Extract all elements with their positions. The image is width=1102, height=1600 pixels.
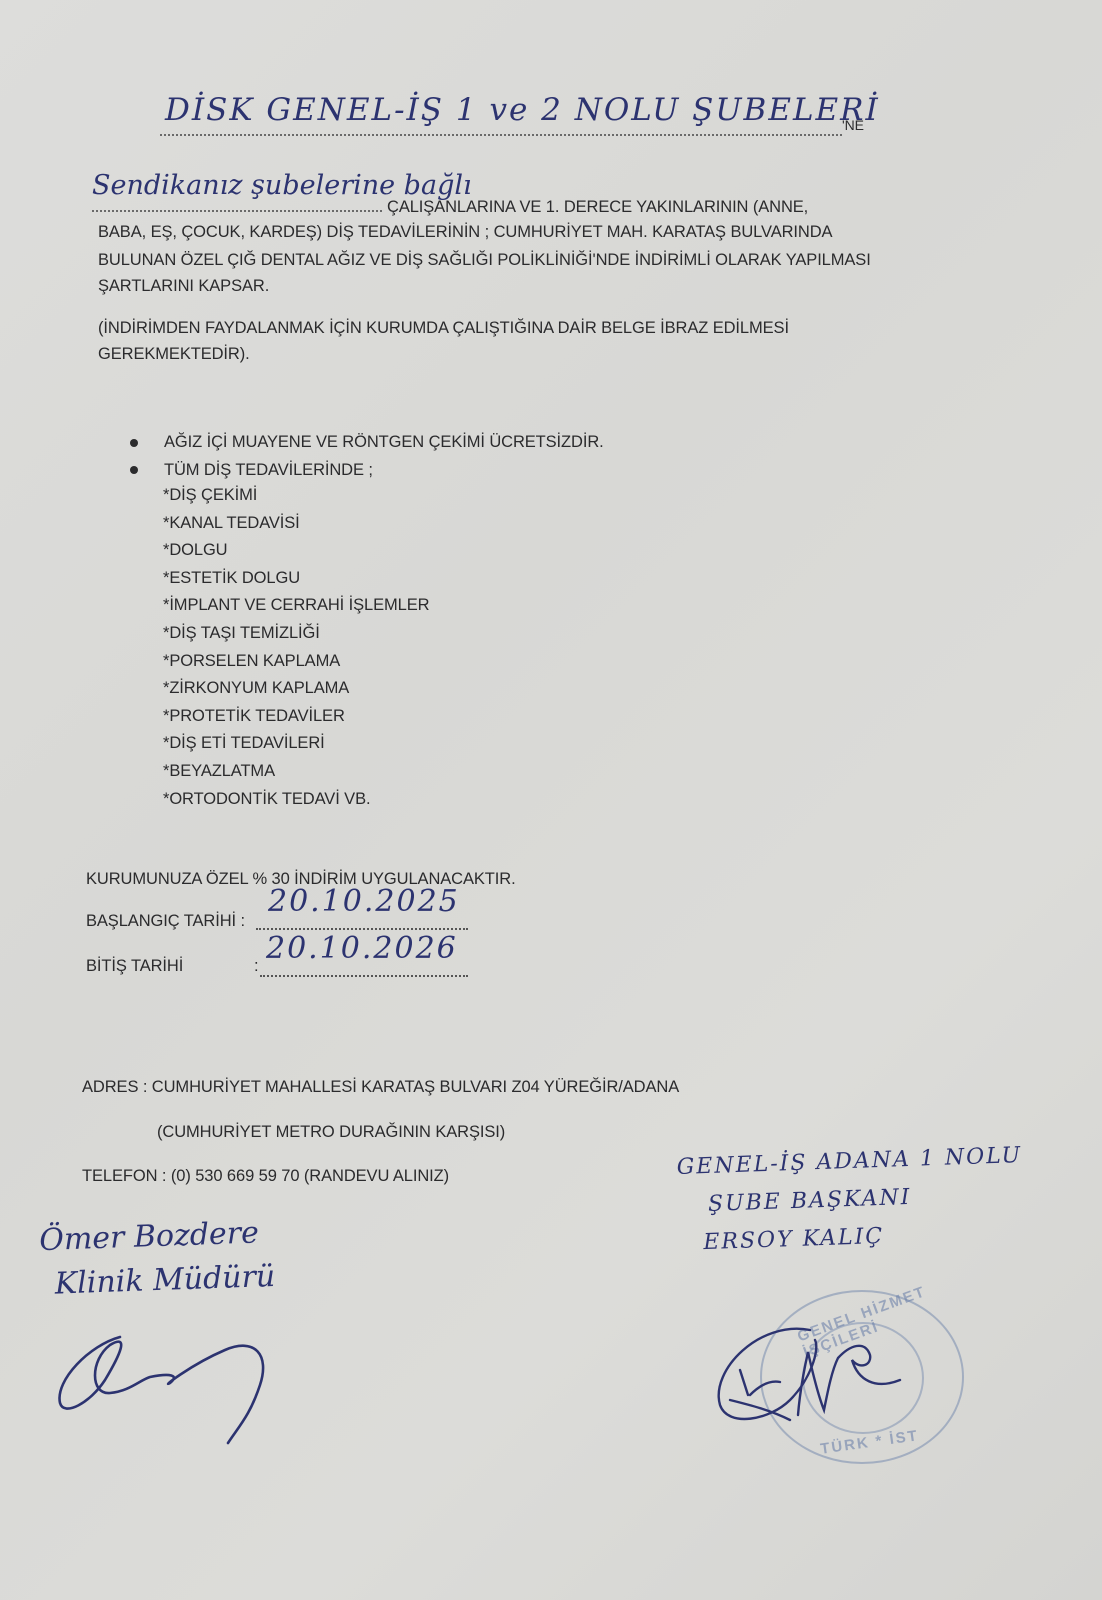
start-date-label: BAŞLANGIÇ TARİHİ : <box>86 912 245 931</box>
right-signature-icon <box>700 1310 930 1440</box>
end-date-separator: : <box>254 957 258 976</box>
bullet-dot-icon <box>130 439 138 447</box>
treatment-list: *DİŞ ÇEKİMİ*KANAL TEDAVİSİ*DOLGU*ESTETİK… <box>163 482 429 813</box>
end-date-value: 20.10.2026 <box>266 931 458 966</box>
intro-handwritten: Sendikanız şubelerine bağlı <box>92 170 382 212</box>
left-signatory: Ömer Bozdere Klinik Müdürü <box>39 1211 276 1307</box>
address-line-2: (CUMHURİYET METRO DURAĞININ KARŞISI) <box>157 1123 505 1142</box>
treatment-item: *DİŞ ÇEKİMİ <box>163 482 429 510</box>
intro-line-2: BABA, EŞ, ÇOCUK, KARDEŞ) DİŞ TEDAVİLERİN… <box>98 223 832 242</box>
treatment-item: *ORTODONTİK TEDAVİ VB. <box>163 786 429 814</box>
treatment-item: *ESTETİK DOLGU <box>163 565 429 593</box>
right-signatory: GENEL-İŞ ADANA 1 NOLU ŞUBE BAŞKANI ERSOY… <box>676 1137 1025 1263</box>
phone-text: TELEFON : (0) 530 669 59 70 (RANDEVU ALI… <box>82 1167 449 1186</box>
treatment-item: *ZİRKONYUM KAPLAMA <box>163 675 429 703</box>
left-signature-icon <box>50 1325 280 1445</box>
note-line-2: GEREKMEKTEDİR). <box>98 345 250 364</box>
heading-handwritten: DİSK GENEL-İŞ 1 ve 2 NOLU ŞUBELERİ <box>165 92 880 128</box>
address-line-1: ADRES : CUMHURİYET MAHALLESİ KARATAŞ BUL… <box>82 1078 679 1097</box>
note-line-1: (İNDİRİMDEN FAYDALANMAK İÇİN KURUMDA ÇAL… <box>98 319 789 338</box>
heading-suffix: 'NE <box>842 117 864 133</box>
bullet-dot-icon <box>130 466 138 474</box>
treatment-item: *KANAL TEDAVİSİ <box>163 510 429 538</box>
treatment-item: *PORSELEN KAPLAMA <box>163 648 429 676</box>
treatment-item: *DİŞ TAŞI TEMİZLİĞİ <box>163 620 429 648</box>
treatment-item: *PROTETİK TEDAVİLER <box>163 703 429 731</box>
treatment-item: *İMPLANT VE CERRAHİ İŞLEMLER <box>163 592 429 620</box>
intro-line-4: ŞARTLARINI KAPSAR. <box>98 277 269 296</box>
treatment-item: *DOLGU <box>163 537 429 565</box>
intro-line-1: ÇALIŞANLARINA VE 1. DERECE YAKINLARININ … <box>387 198 808 217</box>
end-date-label: BİTİŞ TARİHİ <box>86 957 183 976</box>
treatment-item: *DİŞ ETİ TEDAVİLERİ <box>163 730 429 758</box>
document-page: DİSK GENEL-İŞ 1 ve 2 NOLU ŞUBELERİ 'NE S… <box>0 0 1102 1600</box>
intro-line-3: BULUNAN ÖZEL ÇIĞ DENTAL AĞIZ VE DİŞ SAĞL… <box>98 251 871 270</box>
bullet-item: AĞIZ İÇİ MUAYENE VE RÖNTGEN ÇEKİMİ ÜCRET… <box>130 429 604 457</box>
bullet-list: AĞIZ İÇİ MUAYENE VE RÖNTGEN ÇEKİMİ ÜCRET… <box>130 429 604 484</box>
left-signatory-title: Klinik Müdürü <box>40 1255 276 1307</box>
treatment-item: *BEYAZLATMA <box>163 758 429 786</box>
start-date-value: 20.10.2025 <box>268 884 460 919</box>
bullet-item: TÜM DİŞ TEDAVİLERİNDE ; <box>130 457 604 485</box>
